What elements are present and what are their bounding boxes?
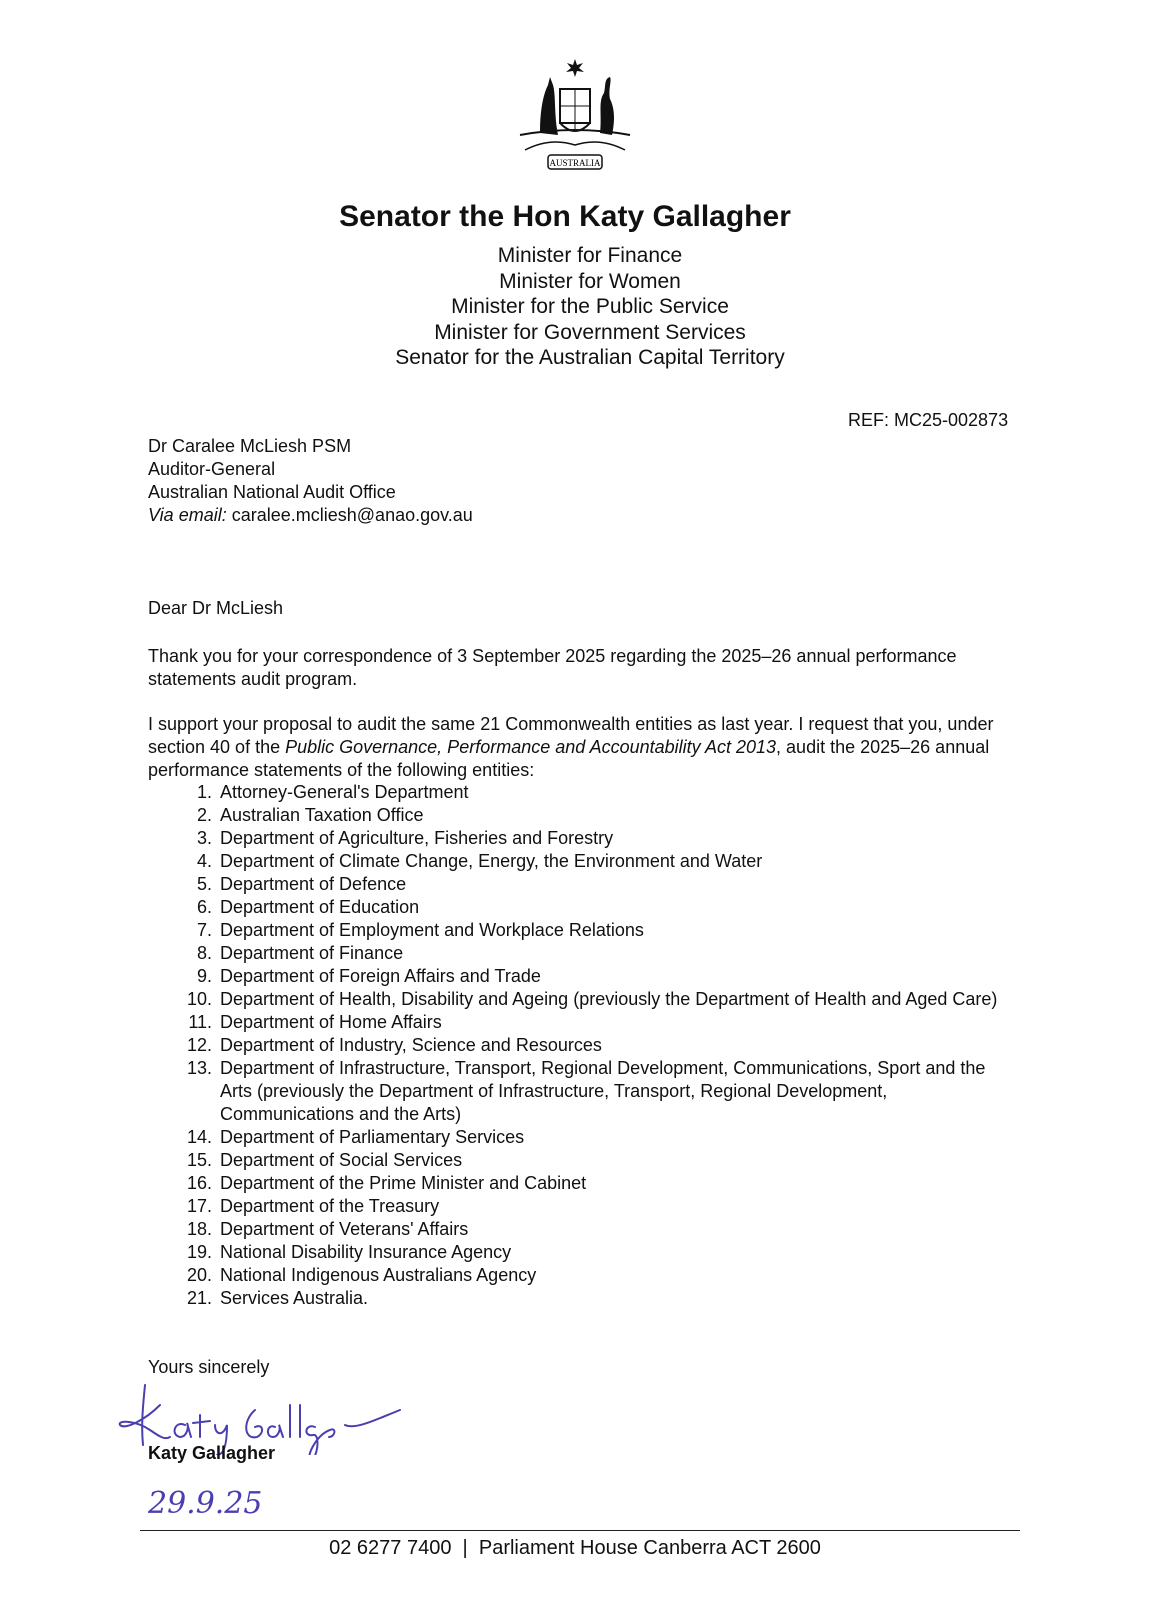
entity-item: 21.Services Australia. <box>148 1287 1008 1310</box>
email-label: Via email: <box>148 505 227 525</box>
entity-name: Department of Foreign Affairs and Trade <box>220 965 541 988</box>
paragraph-2: I support your proposal to audit the sam… <box>148 713 1018 782</box>
entity-number: 7. <box>148 919 220 942</box>
sender-roles: Minister for Finance Minister for Women … <box>0 243 1150 371</box>
entity-number: 10. <box>148 988 220 1011</box>
entity-name: National Indigenous Australians Agency <box>220 1264 536 1287</box>
entity-item: 3.Department of Agriculture, Fisheries a… <box>148 827 1008 850</box>
entity-number: 8. <box>148 942 220 965</box>
entity-item: 17.Department of the Treasury <box>148 1195 1008 1218</box>
act-title: Public Governance, Performance and Accou… <box>285 737 776 757</box>
reference-number: REF: MC25-002873 <box>848 410 1008 431</box>
entity-number: 11. <box>148 1011 220 1034</box>
entity-name: Department of Finance <box>220 942 403 965</box>
svg-text:29.9.25: 29.9.25 <box>148 1486 263 1521</box>
entity-name: Australian Taxation Office <box>220 804 423 827</box>
entity-number: 13. <box>148 1057 220 1126</box>
entity-number: 9. <box>148 965 220 988</box>
entity-number: 18. <box>148 1218 220 1241</box>
entity-item: 18.Department of Veterans' Affairs <box>148 1218 1008 1241</box>
role-line: Minister for the Public Service <box>0 294 1150 320</box>
entity-item: 19.National Disability Insurance Agency <box>148 1241 1008 1264</box>
entity-item: 6.Department of Education <box>148 896 1008 919</box>
entity-name: Department of Social Services <box>220 1149 462 1172</box>
role-line: Minister for Government Services <box>0 320 1150 346</box>
entity-item: 12.Department of Industry, Science and R… <box>148 1034 1008 1057</box>
recipient-email: caralee.mcliesh@anao.gov.au <box>232 505 473 525</box>
entity-number: 1. <box>148 781 220 804</box>
entity-list: 1.Attorney-General's Department2.Austral… <box>148 781 1008 1310</box>
recipient-name: Dr Caralee McLiesh PSM <box>148 435 473 458</box>
entity-item: 9.Department of Foreign Affairs and Trad… <box>148 965 1008 988</box>
entity-item: 15.Department of Social Services <box>148 1149 1008 1172</box>
salutation: Dear Dr McLiesh <box>148 598 283 619</box>
entity-item: 1.Attorney-General's Department <box>148 781 1008 804</box>
entity-number: 4. <box>148 850 220 873</box>
role-line: Senator for the Australian Capital Terri… <box>0 345 1150 371</box>
entity-number: 16. <box>148 1172 220 1195</box>
entity-item: 16.Department of the Prime Minister and … <box>148 1172 1008 1195</box>
entity-number: 12. <box>148 1034 220 1057</box>
sender-name: Senator the Hon Katy Gallagher <box>0 200 1130 234</box>
entity-name: Department of Industry, Science and Reso… <box>220 1034 602 1057</box>
role-line: Minister for Finance <box>0 243 1150 269</box>
paragraph-1: Thank you for your correspondence of 3 S… <box>148 645 1008 691</box>
entity-name: Department of Veterans' Affairs <box>220 1218 468 1241</box>
entity-name: Department of Agriculture, Fisheries and… <box>220 827 613 850</box>
entity-number: 14. <box>148 1126 220 1149</box>
entity-name: Department of the Treasury <box>220 1195 439 1218</box>
signatory-name: Katy Gallagher <box>148 1443 275 1464</box>
entity-name: Attorney-General's Department <box>220 781 469 804</box>
entity-item: 13.Department of Infrastructure, Transpo… <box>148 1057 1008 1126</box>
coat-of-arms-icon: AUSTRALIA <box>500 55 650 185</box>
entity-name: National Disability Insurance Agency <box>220 1241 511 1264</box>
recipient-organisation: Australian National Audit Office <box>148 481 473 504</box>
entity-name: Department of the Prime Minister and Cab… <box>220 1172 586 1195</box>
entity-name: Department of Parliamentary Services <box>220 1126 524 1149</box>
entity-name: Department of Home Affairs <box>220 1011 442 1034</box>
entity-item: 2.Australian Taxation Office <box>148 804 1008 827</box>
entity-number: 19. <box>148 1241 220 1264</box>
entity-number: 17. <box>148 1195 220 1218</box>
entity-item: 11.Department of Home Affairs <box>148 1011 1008 1034</box>
entity-item: 14.Department of Parliamentary Services <box>148 1126 1008 1149</box>
entity-name: Department of Health, Disability and Age… <box>220 988 997 1011</box>
entity-name: Services Australia. <box>220 1287 368 1310</box>
entity-name: Department of Employment and Workplace R… <box>220 919 644 942</box>
entity-number: 3. <box>148 827 220 850</box>
entity-name: Department of Climate Change, Energy, th… <box>220 850 762 873</box>
svg-text:AUSTRALIA: AUSTRALIA <box>550 158 601 168</box>
entity-number: 5. <box>148 873 220 896</box>
entity-number: 15. <box>148 1149 220 1172</box>
entity-item: 8.Department of Finance <box>148 942 1008 965</box>
entity-item: 20.National Indigenous Australians Agenc… <box>148 1264 1008 1287</box>
handwritten-date: 29.9.25 <box>148 1475 308 1525</box>
entity-name: Department of Infrastructure, Transport,… <box>220 1057 1008 1126</box>
entity-number: 6. <box>148 896 220 919</box>
entity-name: Department of Defence <box>220 873 406 896</box>
footer-contact: 02 6277 7400 | Parliament House Canberra… <box>0 1537 1150 1560</box>
entity-item: 7.Department of Employment and Workplace… <box>148 919 1008 942</box>
entity-number: 21. <box>148 1287 220 1310</box>
recipient-title: Auditor-General <box>148 458 473 481</box>
entity-item: 5.Department of Defence <box>148 873 1008 896</box>
entity-name: Department of Education <box>220 896 419 919</box>
role-line: Minister for Women <box>0 269 1150 295</box>
entity-item: 4.Department of Climate Change, Energy, … <box>148 850 1008 873</box>
recipient-address: Dr Caralee McLiesh PSM Auditor-General A… <box>148 435 473 527</box>
footer-divider <box>140 1530 1020 1531</box>
entity-number: 2. <box>148 804 220 827</box>
entity-item: 10.Department of Health, Disability and … <box>148 988 1008 1011</box>
entity-number: 20. <box>148 1264 220 1287</box>
